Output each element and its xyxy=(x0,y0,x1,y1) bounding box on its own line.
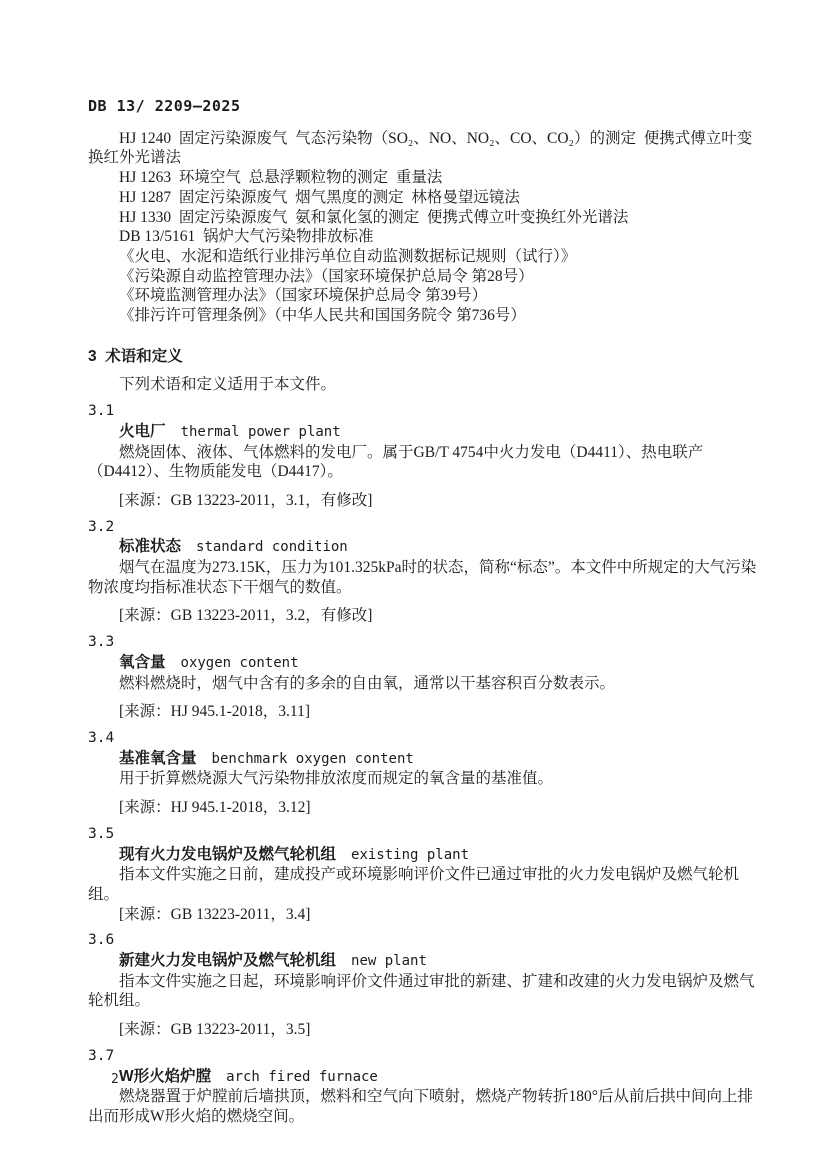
term-name-english: arch fired furnace xyxy=(226,1069,378,1085)
term-title: 氧含量oxygen content xyxy=(88,653,764,674)
term-section: 3.3氧含量oxygen content燃料燃烧时，烟气中含有的多余的自由氧，通… xyxy=(88,633,764,722)
document-page: DB 13/ 2209—2025 HJ 1240 固定污染源废气 气态污染物（S… xyxy=(0,0,826,1169)
reference-item: 《排污许可管理条例》（中华人民共和国国务院令 第736号） xyxy=(88,306,764,326)
term-title: 火电厂thermal power plant xyxy=(88,422,764,443)
term-name-english: oxygen content xyxy=(181,655,299,671)
term-name-chinese: W形火焰炉膛 xyxy=(119,1068,211,1085)
reference-item: 《环境监测管理办法》（国家环境保护总局令 第39号） xyxy=(88,286,764,306)
term-definition: 指本文件实施之日起，环境影响评价文件通过审批的新建、扩建和改建的火力发电锅炉及燃… xyxy=(88,972,764,1011)
term-name-chinese: 基准氧含量 xyxy=(119,750,197,767)
term-definition: 用于折算燃烧源大气污染物排放浓度而规定的氧含量的基准值。 xyxy=(88,769,764,789)
page-number: 2 xyxy=(111,1070,119,1090)
term-title: 标准状态standard condition xyxy=(88,537,764,558)
term-title: 新建火力发电锅炉及燃气轮机组new plant xyxy=(88,951,764,972)
reference-item: HJ 1263 环境空气 总悬浮颗粒物的测定 重量法 xyxy=(88,168,764,188)
term-source-note: [来源：HJ 945.1-2018，3.12] xyxy=(88,798,764,818)
term-name-english: new plant xyxy=(351,953,427,969)
term-title: W形火焰炉膛arch fired furnace xyxy=(88,1067,764,1088)
term-name-english: standard condition xyxy=(196,539,348,555)
term-number: 3.6 xyxy=(88,931,764,951)
term-section: 3.2标准状态standard condition烟气在温度为273.15K，压… xyxy=(88,518,764,627)
term-number: 3.3 xyxy=(88,633,764,653)
term-source-note: [来源：GB 13223-2011，3.4] xyxy=(88,905,764,925)
term-source-note: [来源：GB 13223-2011，3.5] xyxy=(88,1020,764,1040)
section-heading: 3 术语和定义 xyxy=(88,347,764,367)
term-definition: 燃料燃烧时，烟气中含有的多余的自由氧，通常以干基容积百分数表示。 xyxy=(88,674,764,694)
term-source-note: [来源：HJ 945.1-2018，3.11] xyxy=(88,702,764,722)
reference-item: 《火电、水泥和造纸行业排污单位自动监测数据标记规则（试行）》 xyxy=(88,247,764,267)
references-list: HJ 1240 固定污染源废气 气态污染物（SO₂、NO、NO₂、CO、CO₂）… xyxy=(88,129,764,326)
term-source-note: [来源：GB 13223-2011，3.1，有修改] xyxy=(88,491,764,511)
section-intro: 下列术语和定义适用于本文件。 xyxy=(88,375,764,395)
term-definition: 烟气在温度为273.15K，压力为101.325kPa时的状态，简称“标态”。本… xyxy=(88,558,764,597)
term-number: 3.1 xyxy=(88,402,764,422)
reference-item: 《污染源自动监控管理办法》（国家环境保护总局令 第28号） xyxy=(88,267,764,287)
term-section: 3.6新建火力发电锅炉及燃气轮机组new plant指本文件实施之日起，环境影响… xyxy=(88,931,764,1040)
term-number: 3.2 xyxy=(88,518,764,538)
term-name-chinese: 火电厂 xyxy=(119,423,166,440)
term-name-english: benchmark oxygen content xyxy=(212,751,414,767)
term-title: 现有火力发电锅炉及燃气轮机组existing plant xyxy=(88,845,764,866)
reference-item: HJ 1330 固定污染源废气 氨和氯化氢的测定 便携式傅立叶变换红外光谱法 xyxy=(88,208,764,228)
term-section: 3.7W形火焰炉膛arch fired furnace燃烧器置于炉膛前后墙拱顶，… xyxy=(88,1047,764,1127)
reference-item: HJ 1240 固定污染源废气 气态污染物（SO₂、NO、NO₂、CO、CO₂）… xyxy=(88,129,764,168)
term-name-english: existing plant xyxy=(351,847,469,863)
term-name-english: thermal power plant xyxy=(181,424,341,440)
term-section: 3.4基准氧含量benchmark oxygen content用于折算燃烧源大… xyxy=(88,729,764,818)
reference-item: DB 13/5161 锅炉大气污染物排放标准 xyxy=(88,227,764,247)
term-name-chinese: 新建火力发电锅炉及燃气轮机组 xyxy=(119,952,336,969)
term-number: 3.5 xyxy=(88,825,764,845)
document-code-header: DB 13/ 2209—2025 xyxy=(88,97,764,117)
term-name-chinese: 标准状态 xyxy=(119,538,181,555)
term-name-chinese: 氧含量 xyxy=(119,654,166,671)
term-definition: 燃烧固体、液体、气体燃料的发电厂。属于GB/T 4754中火力发电（D4411）… xyxy=(88,443,764,482)
term-definition: 燃烧器置于炉膛前后墙拱顶，燃料和空气向下喷射，燃烧产物转折180°后从前后拱中间… xyxy=(88,1087,764,1126)
terms-list: 3.1火电厂thermal power plant燃烧固体、液体、气体燃料的发电… xyxy=(88,402,764,1127)
term-title: 基准氧含量benchmark oxygen content xyxy=(88,749,764,770)
term-name-chinese: 现有火力发电锅炉及燃气轮机组 xyxy=(119,846,336,863)
term-source-note: [来源：GB 13223-2011，3.2，有修改] xyxy=(88,606,764,626)
term-number: 3.7 xyxy=(88,1047,764,1067)
term-section: 3.1火电厂thermal power plant燃烧固体、液体、气体燃料的发电… xyxy=(88,402,764,511)
term-section: 3.5现有火力发电锅炉及燃气轮机组existing plant指本文件实施之日前… xyxy=(88,825,764,925)
term-number: 3.4 xyxy=(88,729,764,749)
term-definition: 指本文件实施之日前，建成投产或环境影响评价文件已通过审批的火力发电锅炉及燃气轮机… xyxy=(88,865,764,904)
reference-item: HJ 1287 固定污染源废气 烟气黑度的测定 林格曼望远镜法 xyxy=(88,188,764,208)
